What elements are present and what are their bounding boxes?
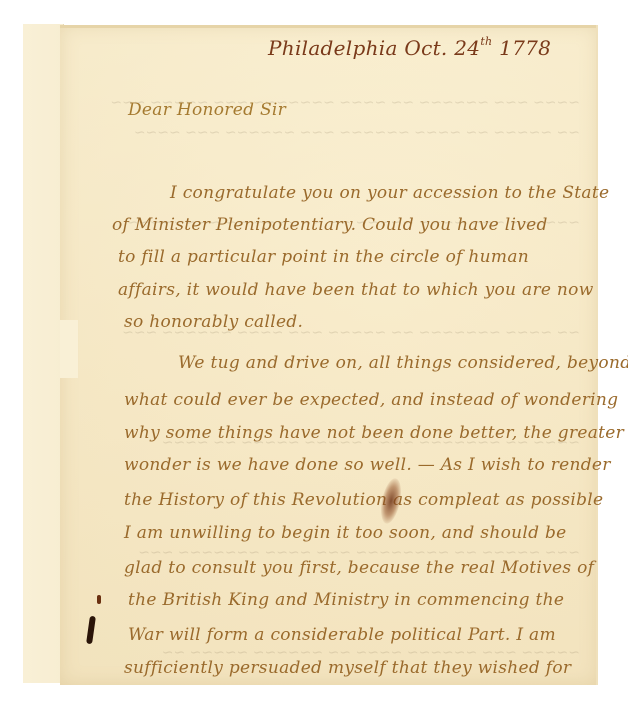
date-day-suffix: th xyxy=(480,35,492,48)
date-year: 1778 xyxy=(499,36,551,60)
letter-line: why some things have not been done bette… xyxy=(124,423,624,443)
letter-line: the History of this Revolution as comple… xyxy=(124,490,603,510)
salutation: Dear Honored Sir xyxy=(128,100,286,120)
letter-line: I congratulate you on your accession to … xyxy=(170,183,609,203)
mounting-strip xyxy=(23,24,64,683)
letter-line: the British King and Ministry in commenc… xyxy=(128,590,564,610)
sheet-top-edge xyxy=(60,25,598,28)
letter-line: glad to consult you first, because the r… xyxy=(124,558,594,578)
letter-line: sufficiently persuaded myself that they … xyxy=(124,658,571,678)
bleed-through: ~~~~~ ~~~ ~~~~~~ ~~~~ ~~ ~~~~~~ ~~~~~ ~~ xyxy=(80,645,580,659)
letter-line: affairs, it would have been that to whic… xyxy=(118,280,594,300)
letter-line: wonder is we have done so well. — As I w… xyxy=(124,455,611,475)
letter-line: so honorably called. xyxy=(124,312,303,332)
letter-line: to fill a particular point in the circle… xyxy=(118,247,529,267)
date-month: Oct. xyxy=(404,36,447,60)
letter-line: what could ever be expected, and instead… xyxy=(124,390,618,410)
torn-edge xyxy=(60,320,78,378)
bleed-through: ~~~ ~~~~~ ~~ ~~~~~~~~ ~~~ ~~~~ ~~~~~~~ ~… xyxy=(80,545,580,559)
letter-line: We tug and drive on, all things consider… xyxy=(178,353,628,373)
letter-line: of Minister Plenipotentiary. Could you h… xyxy=(112,215,548,235)
letter-line: I am unwilling to begin it too soon, and… xyxy=(124,523,567,543)
date-place: Philadelphia xyxy=(268,36,398,60)
margin-ink-mark xyxy=(97,595,101,604)
letter-line: War will form a considerable political P… xyxy=(128,625,556,645)
date-day: 24 xyxy=(454,36,480,60)
bleed-through: ~~ ~~~~~ ~~ ~~~~ ~~~~~~ ~~~ ~~~~~~ ~~~ ~… xyxy=(80,125,580,139)
date-line: Philadelphia Oct. 24th 1778 xyxy=(268,36,551,60)
